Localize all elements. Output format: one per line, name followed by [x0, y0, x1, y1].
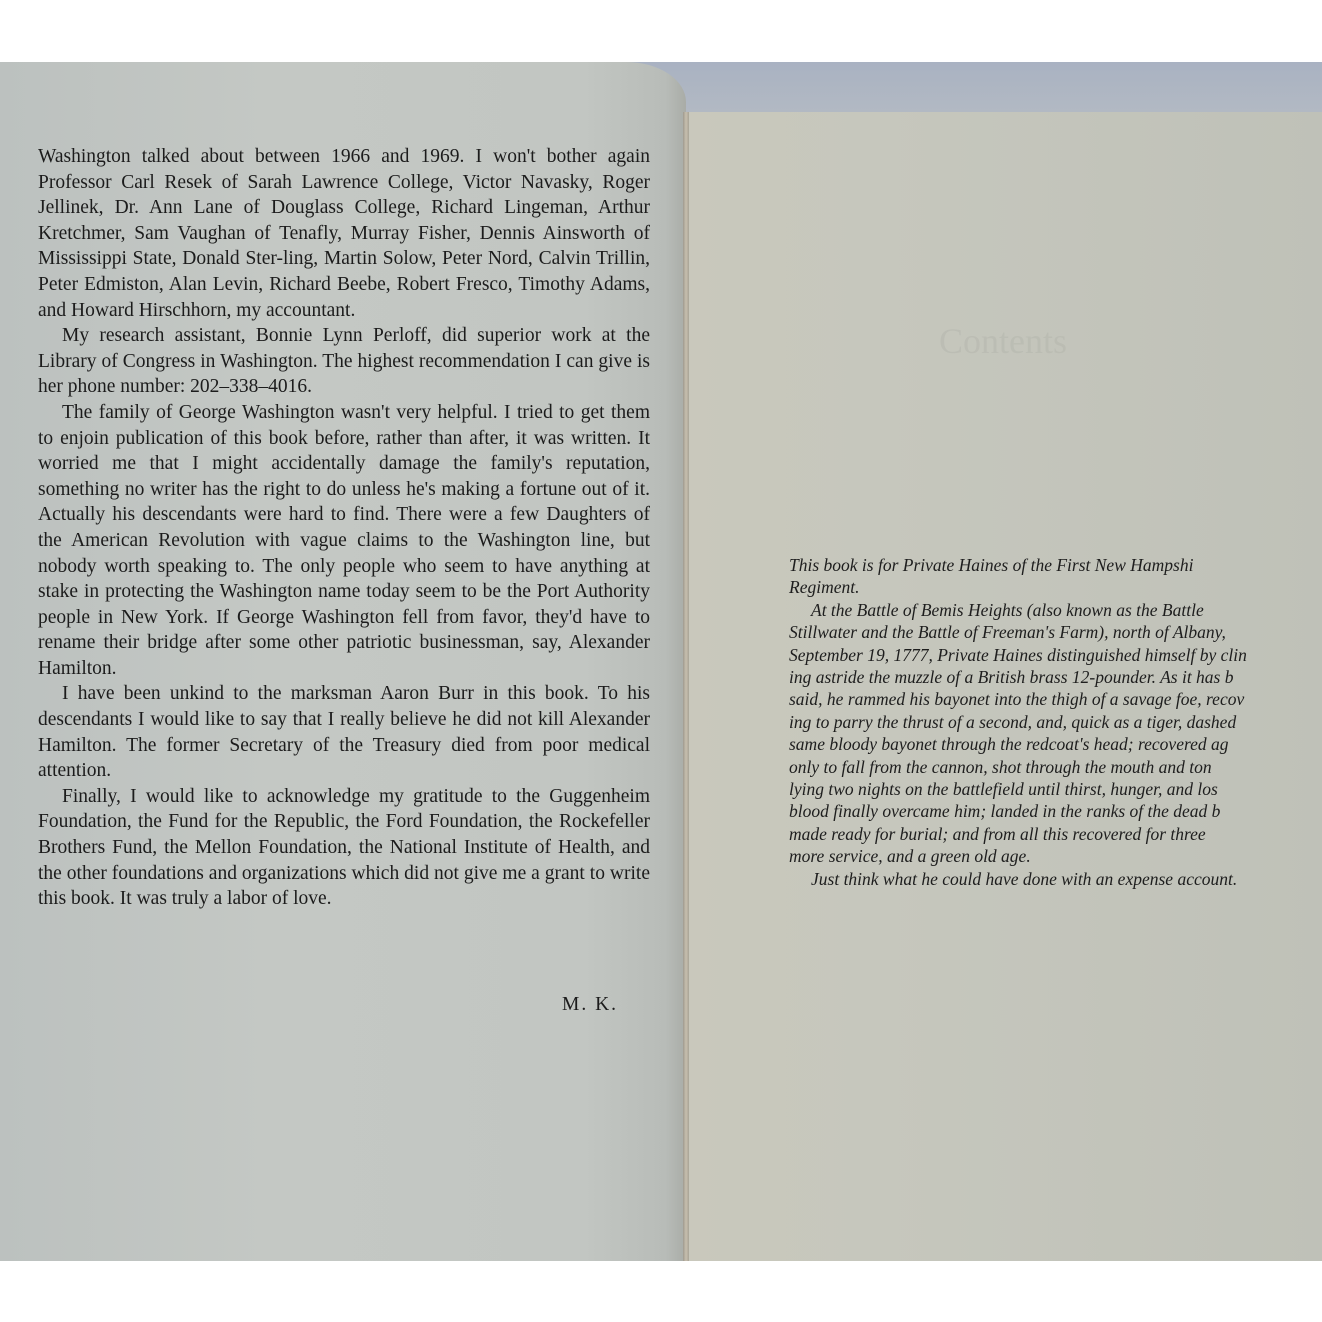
dedication-line: said, he rammed his bayonet into the thi…: [789, 688, 1322, 710]
paragraph-foundations: Finally, I would like to acknowledge my …: [38, 784, 650, 912]
dedication-text: This book is for Private Haines of the F…: [789, 554, 1322, 890]
right-page: Contents This book is for Private Haines…: [689, 112, 1322, 1261]
left-page: Washington talked about between 1966 and…: [0, 62, 686, 1261]
dedication-line: blood finally overcame him; landed in th…: [789, 800, 1322, 822]
paragraph-research-assistant: My research assistant, Bonnie Lynn Perlo…: [38, 323, 650, 400]
paragraph-washington-family: The family of George Washington wasn't v…: [38, 400, 650, 682]
dedication-line: Regiment.: [789, 576, 1322, 598]
author-signature: M. K.: [562, 994, 618, 1016]
dedication-line: made ready for burial; and from all this…: [789, 823, 1322, 845]
dedication-line: At the Battle of Bemis Heights (also kno…: [789, 599, 1322, 621]
paragraph-aaron-burr: I have been unkind to the marksman Aaron…: [38, 681, 650, 783]
dedication-line: same bloody bayonet through the redcoat'…: [789, 733, 1322, 755]
book-photo: Washington talked about between 1966 and…: [0, 62, 1322, 1261]
dedication-line: Stillwater and the Battle of Freeman's F…: [789, 621, 1322, 643]
dedication-line: ing to parry the thrust of a second, and…: [789, 711, 1322, 733]
dedication-line: more service, and a green old age.: [789, 845, 1322, 867]
acknowledgments-text: Washington talked about between 1966 and…: [38, 144, 650, 912]
dedication-closing-line: Just think what he could have done with …: [789, 868, 1322, 890]
dedication-line: only to fall from the cannon, shot throu…: [789, 756, 1322, 778]
show-through-title: Contents: [939, 320, 1067, 362]
dedication-line: This book is for Private Haines of the F…: [789, 554, 1322, 576]
paragraph-names-list: Washington talked about between 1966 and…: [38, 144, 650, 323]
dedication-line: September 19, 1777, Private Haines disti…: [789, 644, 1322, 666]
dedication-line: lying two nights on the battlefield unti…: [789, 778, 1322, 800]
dedication-line: ing astride the muzzle of a British bras…: [789, 666, 1322, 688]
